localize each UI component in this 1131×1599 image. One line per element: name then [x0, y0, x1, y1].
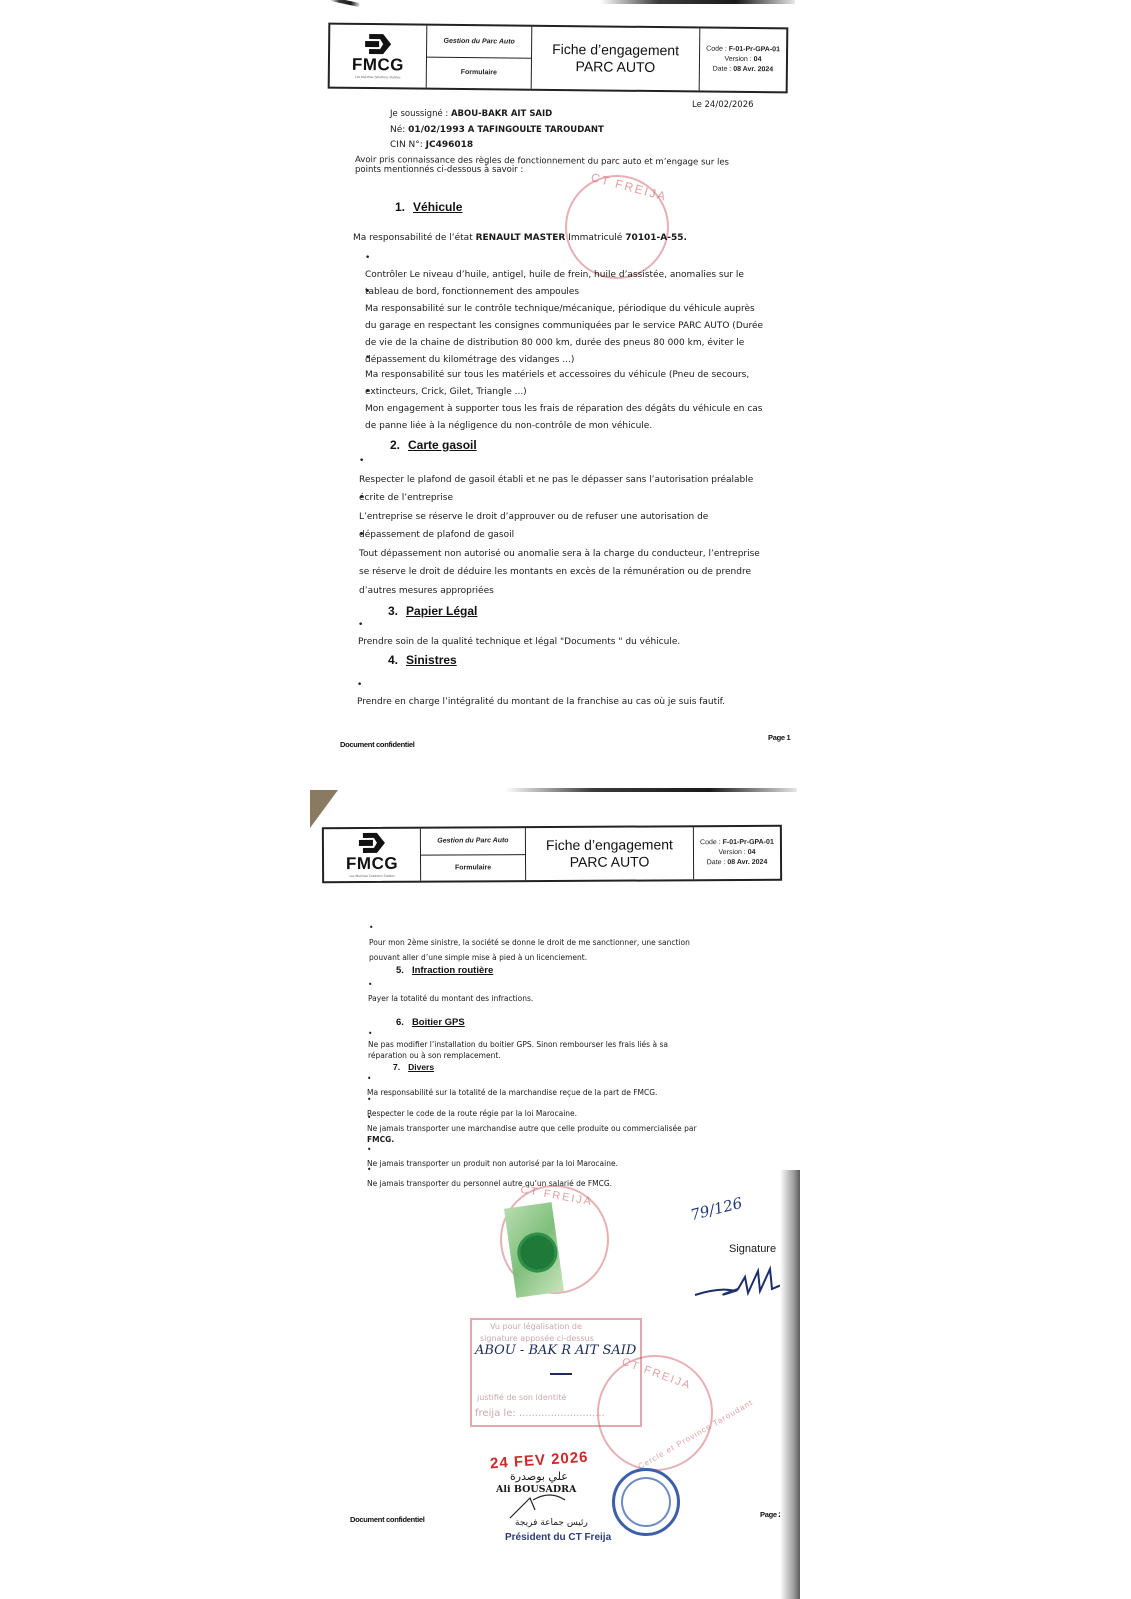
bullet-icon: • [357, 680, 362, 690]
bullet-item: • Prendre en charge l’intégralité du mon… [357, 677, 787, 711]
scan-edge [505, 788, 797, 792]
bullet-icon: • [367, 1074, 371, 1083]
bullet-icon: • [365, 287, 370, 297]
bullet-icon: • [367, 1095, 371, 1104]
footer-confidential: Document confidentiel [350, 1515, 425, 1524]
bullet-item: • Ne pas modifier l’installation du boit… [368, 1028, 768, 1061]
bullet-item: • Ne jamais transporter du personnel aut… [367, 1163, 777, 1191]
legalization-place: freija le: ........................... [475, 1408, 605, 1419]
bullet-item: • Payer la totalité du montant des infra… [368, 978, 768, 1006]
signer-line: Je soussigné : ABOU-BAKR AIT SAID [390, 109, 552, 119]
bullet-icon: • [368, 1029, 372, 1038]
official-name-arabic: علي بوصدرة [510, 1470, 568, 1483]
bullet-item: • Mon engagement à supporter tous les fr… [365, 384, 785, 435]
signature-label: Signature [729, 1243, 776, 1255]
scan-edge [330, 0, 360, 7]
document-title: Fiche d’engagement PARC AUTO [526, 827, 694, 880]
scan-corner-fold [310, 790, 338, 828]
cin-line: CIN N°: JC496018 [390, 140, 473, 150]
bullet-icon: • [367, 1145, 371, 1154]
bullet-icon: • [359, 456, 364, 466]
brand-tagline: Les Marches Solutions Stables [349, 874, 394, 878]
handwritten-dash [550, 1373, 572, 1375]
bullet-item: • Prendre soin de la qualité technique e… [358, 617, 788, 651]
section-heading: 5.Infraction routière [396, 965, 493, 976]
page-number: Page 1 [768, 733, 790, 742]
bullet-icon: • [367, 1165, 371, 1174]
legalization-text: signature apposée ci-dessus [480, 1334, 594, 1343]
bullet-icon: • [367, 1113, 371, 1122]
scan-edge [600, 0, 795, 4]
legalization-text: justifié de son identité [477, 1393, 566, 1402]
date-stamp: 24 FEV 2026 [490, 1449, 590, 1473]
company-logo: FMCG Les Marches Solutions Stables [330, 25, 428, 88]
document-meta: Code : F-01-Pr-GPA-01 Version : 04 Date … [700, 28, 787, 91]
bullet-icon: • [369, 923, 373, 932]
section-heading: 6.Boitier GPS [396, 1017, 465, 1028]
bullet-item: • Pour mon 2ème sinistre, la société se … [369, 920, 759, 965]
document-title: Fiche d’engagement PARC AUTO [532, 27, 701, 91]
bullet-item: • Tout dépassement non autorisé ou anoma… [359, 526, 794, 600]
bullet-icon: • [359, 530, 364, 540]
handwritten-reference: 79/126 [689, 1194, 745, 1224]
birth-line: Né: 01/02/1993 A TAFINGOULTE TAROUDANT [390, 125, 604, 135]
seal-icon [515, 1230, 560, 1275]
municipal-stamp [612, 1468, 680, 1536]
bullet-item: • Ne jamais transporter une marchandise … [367, 1112, 777, 1145]
document-header: FMCG Les Marches Solutions Stables Gesti… [328, 23, 789, 94]
section-heading: 2.Carte gasoil [390, 438, 477, 452]
intro-line: points mentionnés ci-dessous à savoir : [355, 165, 523, 175]
bullet-icon: • [358, 620, 363, 630]
document-meta: Code : F-01-Pr-GPA-01 Version : 04 Date … [694, 827, 780, 879]
page-2: FMCG Les Marches Solutions Stables Gesti… [0, 790, 1131, 1599]
handwritten-name: ABOU - BAK R AIT SAID [475, 1343, 636, 1358]
footer-confidential: Document confidentiel [340, 740, 415, 749]
brand-name: FMCG [346, 854, 398, 874]
vehicle-responsibility: Ma responsabilité de l’état RENAULT MAST… [353, 233, 687, 243]
document-date: Le 24/02/2026 [692, 100, 754, 110]
arrow-logo-icon [363, 33, 393, 55]
section-heading: 7.Divers [393, 1062, 434, 1072]
header-doc-type: Formulaire [427, 57, 531, 89]
brand-name: FMCG [352, 55, 404, 76]
bullet-icon: • [359, 493, 364, 503]
header-category: Gestion du Parc Auto [421, 828, 525, 855]
arrow-logo-icon [357, 832, 387, 854]
bullet-icon: • [365, 353, 370, 363]
official-title: Président du CT Freija [505, 1532, 611, 1543]
header-category: Gestion du Parc Auto [427, 26, 531, 59]
legalization-text: Vu pour légalisation de [490, 1322, 582, 1331]
document-header: FMCG Les Marches Solutions Stables Gesti… [322, 825, 782, 883]
official-title-arabic: رئيس جماعة فريجة [515, 1518, 588, 1528]
page-1: FMCG Les Marches Solutions Stables Gesti… [0, 0, 1131, 790]
company-logo: FMCG Les Marches Solutions Stables [324, 829, 421, 882]
brand-tagline: Les Marches Solutions Stables [355, 75, 400, 79]
section-heading: 4.Sinistres [388, 653, 457, 667]
bullet-icon: • [365, 253, 370, 263]
bullet-icon: • [368, 980, 372, 989]
section-heading: 1.Véhicule [395, 200, 462, 214]
section-heading: 3.Papier Légal [388, 604, 477, 618]
scan-shadow [780, 1170, 800, 1599]
header-doc-type: Formulaire [421, 855, 525, 881]
bullet-icon: • [365, 387, 370, 397]
